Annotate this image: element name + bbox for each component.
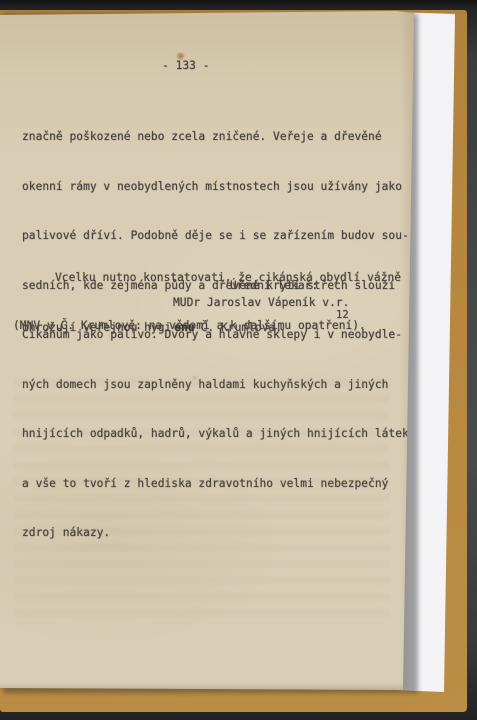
scanned-book-photo: - 133 - značně poškozené nebo zcela znič… bbox=[0, 0, 477, 720]
signature-role: Úřední lékař: bbox=[230, 278, 318, 295]
bleed-through-ghost-text bbox=[14, 379, 389, 624]
text-line: značně poškozené nebo zcela zničené. Veř… bbox=[22, 129, 409, 146]
signature-name: MUDr Jaroslav Vápeník v.r. bbox=[173, 295, 349, 312]
scanned-document-page: - 133 - značně poškozené nebo zcela znič… bbox=[0, 11, 414, 690]
text-line: Vcelku nutno konstatovati, že cikánská o… bbox=[22, 270, 401, 287]
distribution-note: (MNV v Č. Krumlově: na vědomí a k dalším… bbox=[13, 318, 366, 335]
page-number: - 133 - bbox=[162, 58, 210, 75]
text-line: okenní rámy v neobydlených místnostech j… bbox=[22, 179, 409, 196]
